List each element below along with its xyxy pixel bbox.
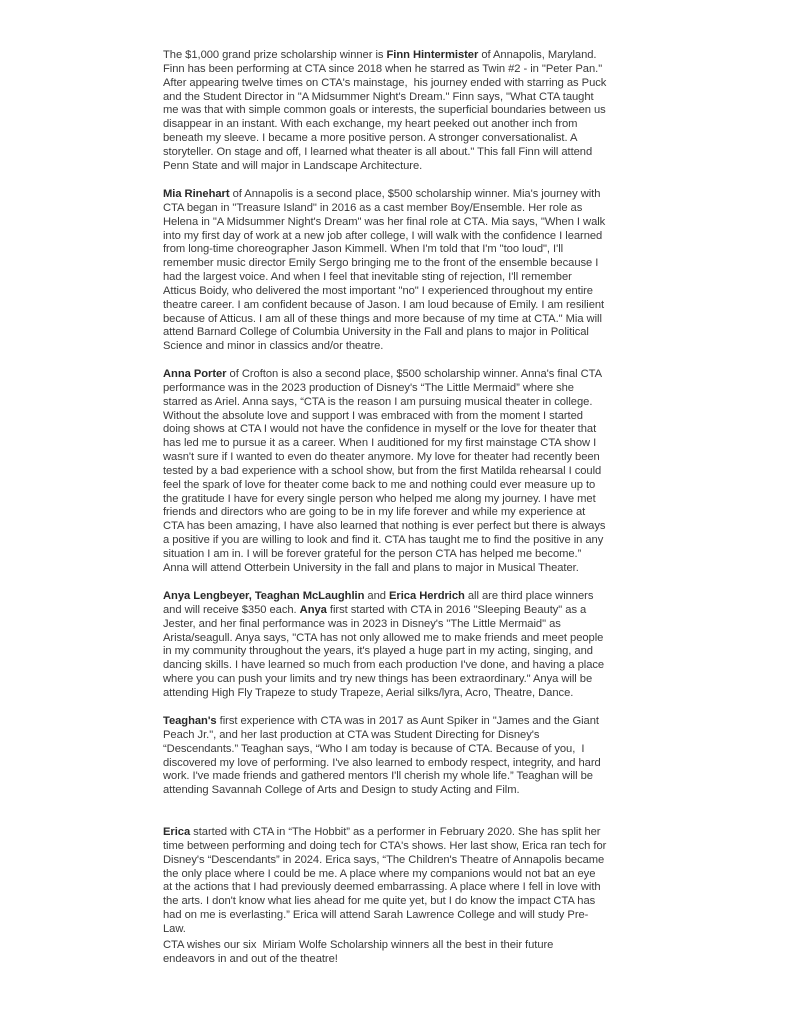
text-run: discovered my love of performing. I've a…: [163, 757, 601, 769]
text-run: Science and minor in classics and/or the…: [163, 340, 383, 352]
text-run: has led me to pursue it as a career. Whe…: [163, 437, 596, 449]
text-run: wasn't sure if I wanted to even do theat…: [163, 451, 600, 463]
text-run: of Annapolis is a second place, $500 sch…: [230, 188, 601, 200]
text-run: Disney's “Descendants” in 2024. Erica sa…: [163, 854, 604, 866]
text-line: Teaghan's first experience with CTA was …: [163, 715, 643, 729]
text-line: theatre career. I am confident because o…: [163, 299, 643, 313]
text-line: “Descendants.” Teaghan says, “Who I am t…: [163, 743, 643, 757]
text-line: because of Atticus. I am all of these th…: [163, 313, 643, 327]
text-line: and will receive $350 each. Anya first s…: [163, 604, 643, 618]
text-line: Without the absolute love and support I …: [163, 410, 643, 424]
text-run: CTA wishes our six Miriam Wolfe Scholars…: [163, 939, 553, 951]
text-line: CTA wishes our six Miriam Wolfe Scholars…: [163, 939, 643, 953]
text-line: Anna will attend Otterbein University in…: [163, 562, 643, 576]
text-line: at the actions that I had previously dee…: [163, 881, 643, 895]
text-run: all are third place winners: [465, 590, 594, 602]
text-line: feel the spark of love for theater come …: [163, 479, 643, 493]
text-line: beneath my sleeve. I became a more posit…: [163, 132, 643, 146]
text-line: into my first day of work at a new job a…: [163, 230, 643, 244]
winner-name: Erica Herdrich: [389, 590, 465, 602]
text-run: the arts. I don't know what lies ahead f…: [163, 895, 595, 907]
text-line: a positive if you are willing to look an…: [163, 534, 643, 548]
text-run: and: [364, 590, 389, 602]
text-run: endeavors in and out of the theatre!: [163, 953, 338, 965]
text-run: me was that with simple common goals or …: [163, 104, 606, 116]
winner-name: Anya: [300, 604, 327, 616]
text-line: attending Savannah College of Arts and D…: [163, 784, 643, 798]
text-line: had on me is everlasting.” Erica will at…: [163, 909, 643, 923]
text-run: Finn has been performing at CTA since 20…: [163, 63, 602, 75]
text-line: situation I am in. I will be forever gra…: [163, 548, 643, 562]
text-run: into my first day of work at a new job a…: [163, 230, 602, 242]
text-run: situation I am in. I will be forever gra…: [163, 548, 581, 560]
paragraph-third-place: Anya Lengbeyer, Teaghan McLaughlin and E…: [163, 590, 643, 701]
text-run: The $1,000 grand prize scholarship winne…: [163, 49, 387, 61]
text-line: Science and minor in classics and/or the…: [163, 340, 643, 354]
text-line: remember music director Emily Sergo brin…: [163, 257, 643, 271]
text-run: work. I've made friends and gathered men…: [163, 770, 593, 782]
text-line: tested by a bad experience with a school…: [163, 465, 643, 479]
text-run: Jester, and her final performance was in…: [163, 618, 561, 630]
text-line: the only place where I could be me. A pl…: [163, 868, 643, 882]
text-line: Disney's “Descendants” in 2024. Erica sa…: [163, 854, 643, 868]
text-run: Helena in "A Midsummer Night's Dream" wa…: [163, 216, 605, 228]
text-run: where you can push your limits and try n…: [163, 673, 592, 685]
text-run: had the largest voice. And when I feel t…: [163, 271, 572, 283]
text-run: Peach Jr.", and her last production at C…: [163, 729, 539, 741]
text-line: Finn has been performing at CTA since 20…: [163, 63, 643, 77]
winner-name: Teaghan's: [163, 715, 217, 727]
text-run: tested by a bad experience with a school…: [163, 465, 601, 477]
text-run: a positive if you are willing to look an…: [163, 534, 603, 546]
text-run: because of Atticus. I am all of these th…: [163, 313, 602, 325]
text-run: Arista/seagull. Anya says, "CTA has not …: [163, 632, 603, 644]
text-run: the only place where I could be me. A pl…: [163, 868, 595, 880]
text-run: feel the spark of love for theater come …: [163, 479, 595, 491]
text-run: “Descendants.” Teaghan says, “Who I am t…: [163, 743, 584, 755]
paragraph-anna: Anna Porter of Crofton is also a second …: [163, 368, 643, 576]
text-run: and the Student Director in "A Midsummer…: [163, 91, 594, 103]
winner-name: Finn Hintermister: [387, 49, 479, 61]
text-run: CTA began in "Treasure Island" in 2016 a…: [163, 202, 582, 214]
text-line: Anna Porter of Crofton is also a second …: [163, 368, 643, 382]
text-line: CTA has been amazing, I have also learne…: [163, 520, 643, 534]
text-line: Peach Jr.", and her last production at C…: [163, 729, 643, 743]
text-line: performance was in the 2023 production o…: [163, 382, 643, 396]
text-run: friends and directors who are going to b…: [163, 506, 585, 518]
text-line: Arista/seagull. Anya says, "CTA has not …: [163, 632, 643, 646]
text-line: had the largest voice. And when I feel t…: [163, 271, 643, 285]
text-run: at the actions that I had previously dee…: [163, 881, 601, 893]
text-line: After appearing twelve times on CTA's ma…: [163, 77, 643, 91]
text-line: time between performing and doing tech f…: [163, 840, 643, 854]
winner-name: Anya Lengbeyer, Teaghan McLaughlin: [163, 590, 364, 602]
text-run: doing shows at CTA I would not have the …: [163, 423, 596, 435]
paragraph-closing: CTA wishes our six Miriam Wolfe Scholars…: [163, 939, 643, 967]
text-line: The $1,000 grand prize scholarship winne…: [163, 49, 643, 63]
text-line: storyteller. On stage and off, I learned…: [163, 146, 643, 160]
text-line: friends and directors who are going to b…: [163, 506, 643, 520]
text-run: Without the absolute love and support I …: [163, 410, 583, 422]
winner-name: Mia Rinehart: [163, 188, 230, 200]
text-run: beneath my sleeve. I became a more posit…: [163, 132, 577, 144]
paragraph-finn: The $1,000 grand prize scholarship winne…: [163, 49, 643, 174]
text-run: After appearing twelve times on CTA's ma…: [163, 77, 606, 89]
text-run: first started with CTA in 2016 "Sleeping…: [327, 604, 586, 616]
text-run: time between performing and doing tech f…: [163, 840, 606, 852]
text-run: dancing skills. I have learned so much f…: [163, 659, 604, 671]
text-run: Law.: [163, 923, 186, 935]
text-line: the arts. I don't know what lies ahead f…: [163, 895, 643, 909]
text-run: started with CTA in “The Hobbit” as a pe…: [190, 826, 600, 838]
text-line: discovered my love of performing. I've a…: [163, 757, 643, 771]
paragraph-teaghan: Teaghan's first experience with CTA was …: [163, 715, 643, 798]
text-line: dancing skills. I have learned so much f…: [163, 659, 643, 673]
text-run: and will receive $350 each.: [163, 604, 300, 616]
text-run: Atticus Boidy, who delivered the most im…: [163, 285, 593, 297]
text-run: Penn State and will major in Landscape A…: [163, 160, 422, 172]
text-line: and the Student Director in "A Midsummer…: [163, 91, 643, 105]
text-line: Jester, and her final performance was in…: [163, 618, 643, 632]
text-line: me was that with simple common goals or …: [163, 104, 643, 118]
text-run: remember music director Emily Sergo brin…: [163, 257, 598, 269]
text-line: Helena in "A Midsummer Night's Dream" wa…: [163, 216, 643, 230]
document-page: The $1,000 grand prize scholarship winne…: [0, 0, 791, 1024]
text-line: attending High Fly Trapeze to study Trap…: [163, 687, 643, 701]
text-run: CTA has been amazing, I have also learne…: [163, 520, 605, 532]
text-run: theatre career. I am confident because o…: [163, 299, 604, 311]
text-line: wasn't sure if I wanted to even do theat…: [163, 451, 643, 465]
text-run: first experience with CTA was in 2017 as…: [217, 715, 599, 727]
paragraph-mia: Mia Rinehart of Annapolis is a second pl…: [163, 188, 643, 354]
winner-name: Anna Porter: [163, 368, 226, 380]
text-run: Anna will attend Otterbein University in…: [163, 562, 579, 574]
text-run: of Annapolis, Maryland.: [478, 49, 596, 61]
text-line: in my community throughout the years, it…: [163, 645, 643, 659]
text-run: performance was in the 2023 production o…: [163, 382, 574, 394]
text-line: Atticus Boidy, who delivered the most im…: [163, 285, 643, 299]
text-run: starred as Ariel. Anna says, “CTA is the…: [163, 396, 592, 408]
text-run: from long-time choreographer Jason Kimme…: [163, 243, 563, 255]
text-run: of Crofton is also a second place, $500 …: [226, 368, 602, 380]
winner-name: Erica: [163, 826, 190, 838]
text-line: work. I've made friends and gathered men…: [163, 770, 643, 784]
text-run: had on me is everlasting.” Erica will at…: [163, 909, 588, 921]
text-run: attend Barnard College of Columbia Unive…: [163, 326, 589, 338]
text-line: starred as Ariel. Anna says, “CTA is the…: [163, 396, 643, 410]
text-line: from long-time choreographer Jason Kimme…: [163, 243, 643, 257]
text-line: CTA began in "Treasure Island" in 2016 a…: [163, 202, 643, 216]
text-line: Law.: [163, 923, 643, 937]
text-line: the gratitude I have for every single pe…: [163, 493, 643, 507]
text-run: in my community throughout the years, it…: [163, 645, 593, 657]
text-line: Mia Rinehart of Annapolis is a second pl…: [163, 188, 643, 202]
text-line: Penn State and will major in Landscape A…: [163, 160, 643, 174]
text-run: the gratitude I have for every single pe…: [163, 493, 596, 505]
text-line: attend Barnard College of Columbia Unive…: [163, 326, 643, 340]
text-line: where you can push your limits and try n…: [163, 673, 643, 687]
text-line: doing shows at CTA I would not have the …: [163, 423, 643, 437]
text-line: endeavors in and out of the theatre!: [163, 953, 643, 967]
text-line: Erica started with CTA in “The Hobbit” a…: [163, 826, 643, 840]
text-run: storyteller. On stage and off, I learned…: [163, 146, 592, 158]
text-line: Anya Lengbeyer, Teaghan McLaughlin and E…: [163, 590, 643, 604]
text-run: attending Savannah College of Arts and D…: [163, 784, 520, 796]
text-line: has led me to pursue it as a career. Whe…: [163, 437, 643, 451]
text-line: disappear in an instant. With each excha…: [163, 118, 643, 132]
text-run: disappear in an instant. With each excha…: [163, 118, 577, 130]
paragraph-erica: Erica started with CTA in “The Hobbit” a…: [163, 826, 643, 937]
text-run: attending High Fly Trapeze to study Trap…: [163, 687, 573, 699]
